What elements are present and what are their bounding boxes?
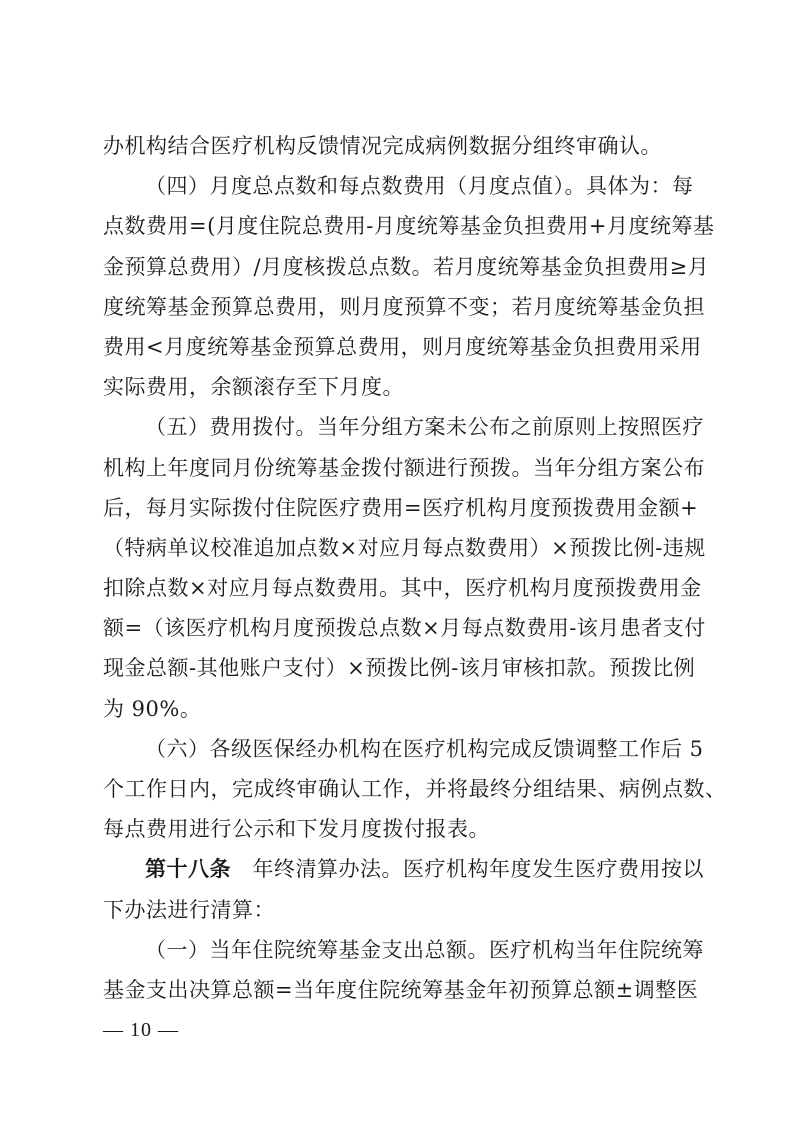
text-line: 下办法进行清算： (103, 890, 693, 930)
document-body: 办机构结合医疗机构反馈情况完成病例数据分组终审确认。 （四）月度总点数和每点数费… (103, 126, 693, 1010)
text-line: 实际费用，余额滚存至下月度。 (103, 367, 693, 407)
text-line: 机构上年度同月份统筹基金拨付额进行预拨。当年分组方案公布 (103, 448, 693, 488)
text-line: （特病单议校准追加点数×对应月每点数费用）×预拨比例-违规 (103, 528, 693, 568)
text-line: 办机构结合医疗机构反馈情况完成病例数据分组终审确认。 (103, 126, 693, 166)
text-line: 每点费用进行公示和下发月度拨付报表。 (103, 809, 693, 849)
text-line: 后，每月实际拨付住院医疗费用=医疗机构月度预拨费用金额+ (103, 488, 693, 528)
text-line: 金预算总费用）/月度核拨总点数。若月度统筹基金负担费用≥月 (103, 247, 693, 287)
text-line: （一）当年住院统筹基金支出总额。医疗机构当年住院统筹 (103, 930, 693, 970)
text-line: 额=（该医疗机构月度预拨总点数×月每点数费用-该月患者支付 (103, 608, 693, 648)
text-line: （六）各级医保经办机构在医疗机构完成反馈调整工作后 5 (103, 729, 693, 769)
text-line: 点数费用=(月度住院总费用-月度统筹基金负担费用+月度统筹基 (103, 206, 693, 246)
text-line: 费用<月度统筹基金预算总费用，则月度统筹基金负担费用采用 (103, 327, 693, 367)
text-line: 扣除点数×对应月每点数费用。其中，医疗机构月度预拨费用金 (103, 568, 693, 608)
text-line: 现金总额-其他账户支付）×预拨比例-该月审核扣款。预拨比例 (103, 648, 693, 688)
text-line: （五）费用拨付。当年分组方案未公布之前原则上按照医疗 (103, 407, 693, 447)
text-line: （四）月度总点数和每点数费用（月度点值）。具体为：每 (103, 166, 693, 206)
text-line: 基金支出决算总额=当年度住院统筹基金年初预算总额±调整医 (103, 970, 693, 1010)
text-line: 个工作日内，完成终审确认工作，并将最终分组结果、病例点数、 (103, 769, 693, 809)
text-line: 为 90%。 (103, 689, 693, 729)
article-heading-line: 第十八条 年终清算办法。医疗机构年度发生医疗费用按以 (103, 849, 693, 889)
article-text: 年终清算办法。医疗机构年度发生医疗费用按以 (231, 857, 704, 881)
article-number: 第十八条 (145, 856, 231, 881)
page-number: — 10 — (103, 1017, 179, 1043)
text-line: 度统筹基金预算总费用，则月度预算不变；若月度统筹基金负担 (103, 287, 693, 327)
